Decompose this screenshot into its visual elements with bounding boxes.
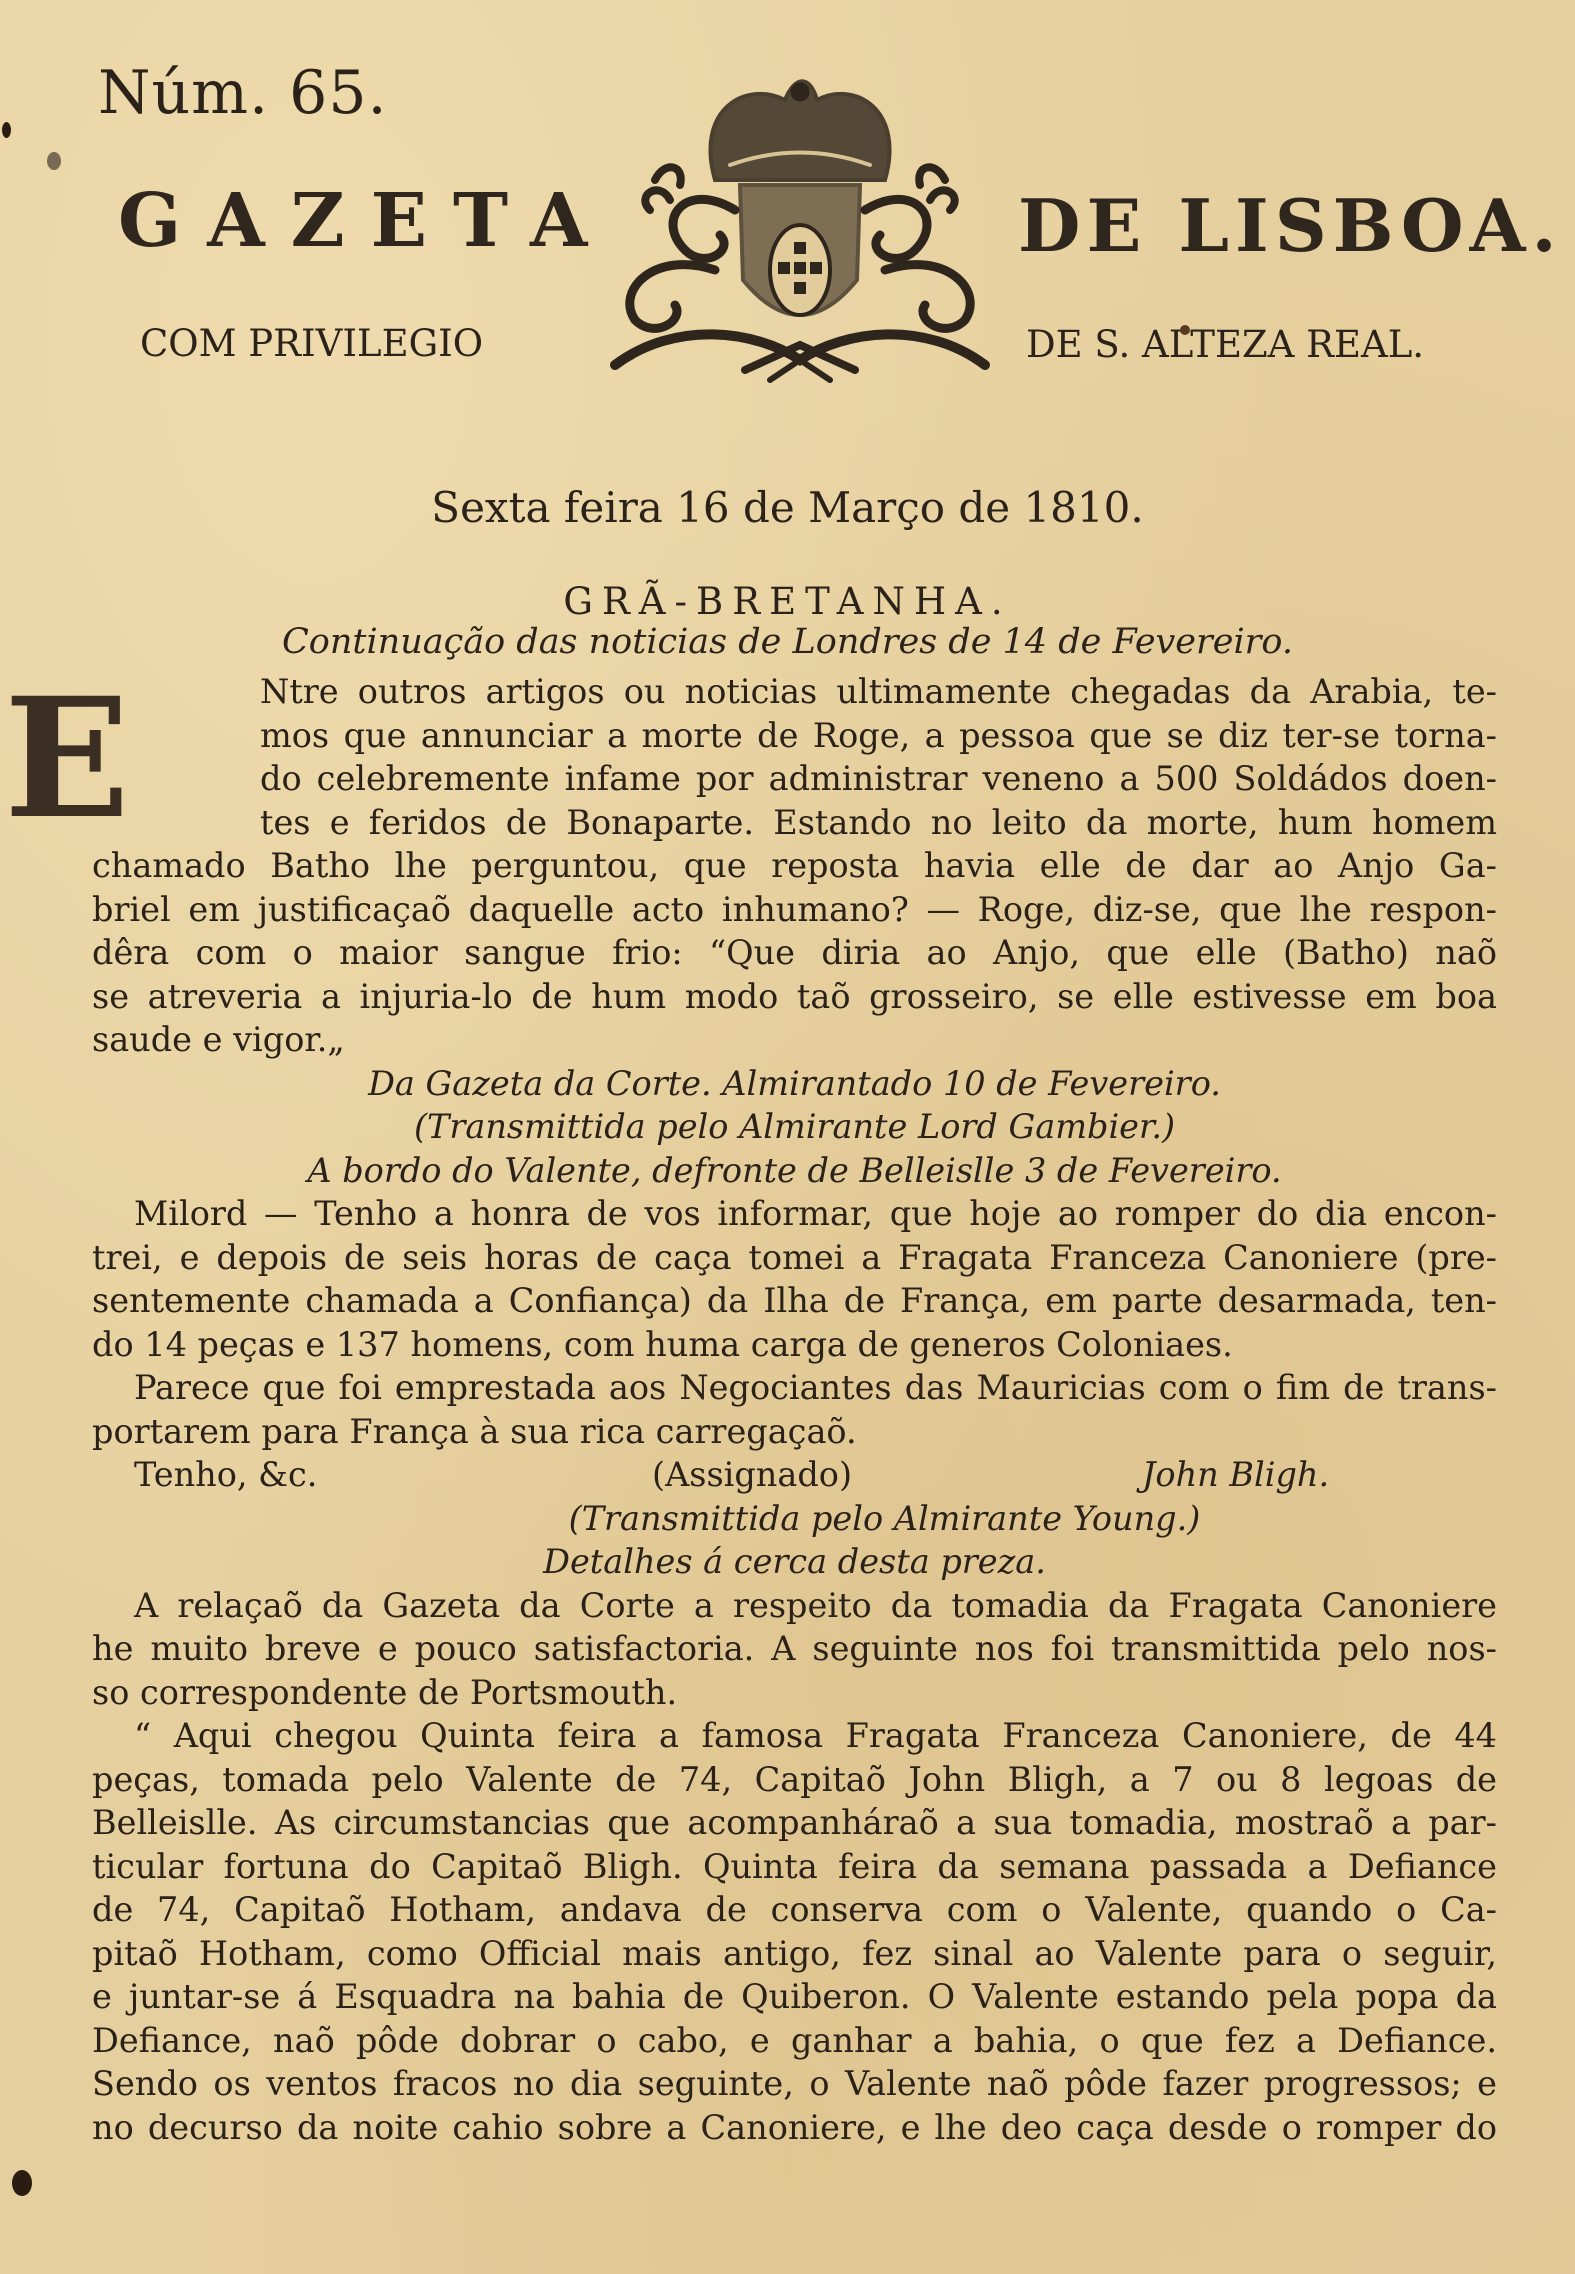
dispatch-location: A bordo do Valente, defronte de Belleisl… [92, 1149, 1497, 1193]
signed-label: (Assignado) [652, 1453, 852, 1497]
ink-blot [12, 2170, 32, 2196]
report-line: pitaõ Hotham, como Official mais antigo,… [92, 1932, 1497, 1976]
letter-line: trei, e depois de seis horas de caça tom… [92, 1236, 1497, 1280]
report-line: he muito breve e pouco satisfactoria. A … [92, 1627, 1497, 1671]
article-line: tes e feridos de Bonaparte. Estando no l… [92, 801, 1497, 845]
second-transmitter: (Transmittida pelo Almirante Young.) [92, 1497, 1497, 1541]
dispatch-source: Da Gazeta da Corte. Almirantado 10 de Fe… [92, 1062, 1497, 1106]
ink-blot [1180, 325, 1190, 335]
article-line: dêra com o maior sangue frio: “Que diria… [92, 931, 1497, 975]
article-line: briel em justificaçaõ daquelle acto inhu… [92, 888, 1497, 932]
newspaper-page: Núm. 65. GAZETA DE LISBOA. COM PRIVILEGI… [0, 0, 1575, 2274]
article-line: Ntre outros artigos ou noticias ultimame… [92, 670, 1497, 714]
ink-blot [47, 152, 61, 170]
dispatch-transmitter: (Transmittida pelo Almirante Lord Gambie… [92, 1105, 1497, 1149]
letter-line: Milord — Tenho a honra de vos informar, … [92, 1192, 1497, 1236]
closing: Tenho, &c. [134, 1453, 317, 1497]
article-line: chamado Batho lhe perguntou, que reposta… [92, 844, 1497, 888]
report-line: e juntar-se á Esquadra na bahia de Quibe… [92, 1975, 1497, 2019]
privilege-right: DE S. ALTEZA REAL. [1026, 323, 1424, 366]
letter-line: portarem para França à sua rica carregaç… [92, 1410, 1497, 1454]
article-line: do celebremente infame por administrar v… [92, 757, 1497, 801]
article-line: saude e vigor.„ [92, 1018, 1497, 1062]
report-line: peças, tomada pelo Valente de 74, Capita… [92, 1758, 1497, 1802]
issue-number: Núm. 65. [98, 58, 388, 128]
report-line: Sendo os ventos fracos no dia seguinte, … [92, 2062, 1497, 2106]
letter-line: sentemente chamada a Confiança) da Ilha … [92, 1279, 1497, 1323]
letter-signoff: Tenho, &c. (Assignado) John Bligh. [92, 1453, 1497, 1497]
privilege-left: COM PRIVILEGIO [140, 322, 483, 365]
report-line: Defiance, naõ pôde dobrar o cabo, e ganh… [92, 2019, 1497, 2063]
article-line: se atreveria a injuria-lo de hum modo ta… [92, 975, 1497, 1019]
article-line: mos que annunciar a morte de Roge, a pes… [92, 714, 1497, 758]
masthead-title-left: GAZETA [118, 178, 613, 264]
section-heading: GRÃ-BRETANHA. [0, 580, 1575, 623]
signature: John Bligh. [1142, 1453, 1329, 1497]
section-subheading: Continuação das noticias de Londres de 1… [0, 622, 1575, 662]
report-line: A relaçaõ da Gazeta da Corte a respeito … [92, 1584, 1497, 1628]
ink-blot [2, 122, 11, 138]
report-line: “ Aqui chegou Quinta feira a famosa Frag… [92, 1714, 1497, 1758]
letter-line: do 14 peças e 137 homens, com huma carga… [92, 1323, 1497, 1367]
details-heading: Detalhes á cerca desta preza. [92, 1540, 1497, 1584]
coat-of-arms-icon [595, 70, 1005, 390]
masthead-title-right: DE LISBOA. [1018, 183, 1563, 268]
report-line: so correspondente de Portsmouth. [92, 1671, 1497, 1715]
report-line: no decurso da noite cahio sobre a Canoni… [92, 2106, 1497, 2150]
report-line: de 74, Capitaõ Hotham, andava de conserv… [92, 1888, 1497, 1932]
article-body: Ntre outros artigos ou noticias ultimame… [92, 670, 1497, 2149]
report-line: ticular fortuna do Capitaõ Bligh. Quinta… [92, 1845, 1497, 1889]
issue-date: Sexta feira 16 de Março de 1810. [0, 483, 1575, 532]
letter-line: Parece que foi emprestada aos Negociante… [92, 1366, 1497, 1410]
report-line: Belleislle. As circumstancias que acompa… [92, 1801, 1497, 1845]
